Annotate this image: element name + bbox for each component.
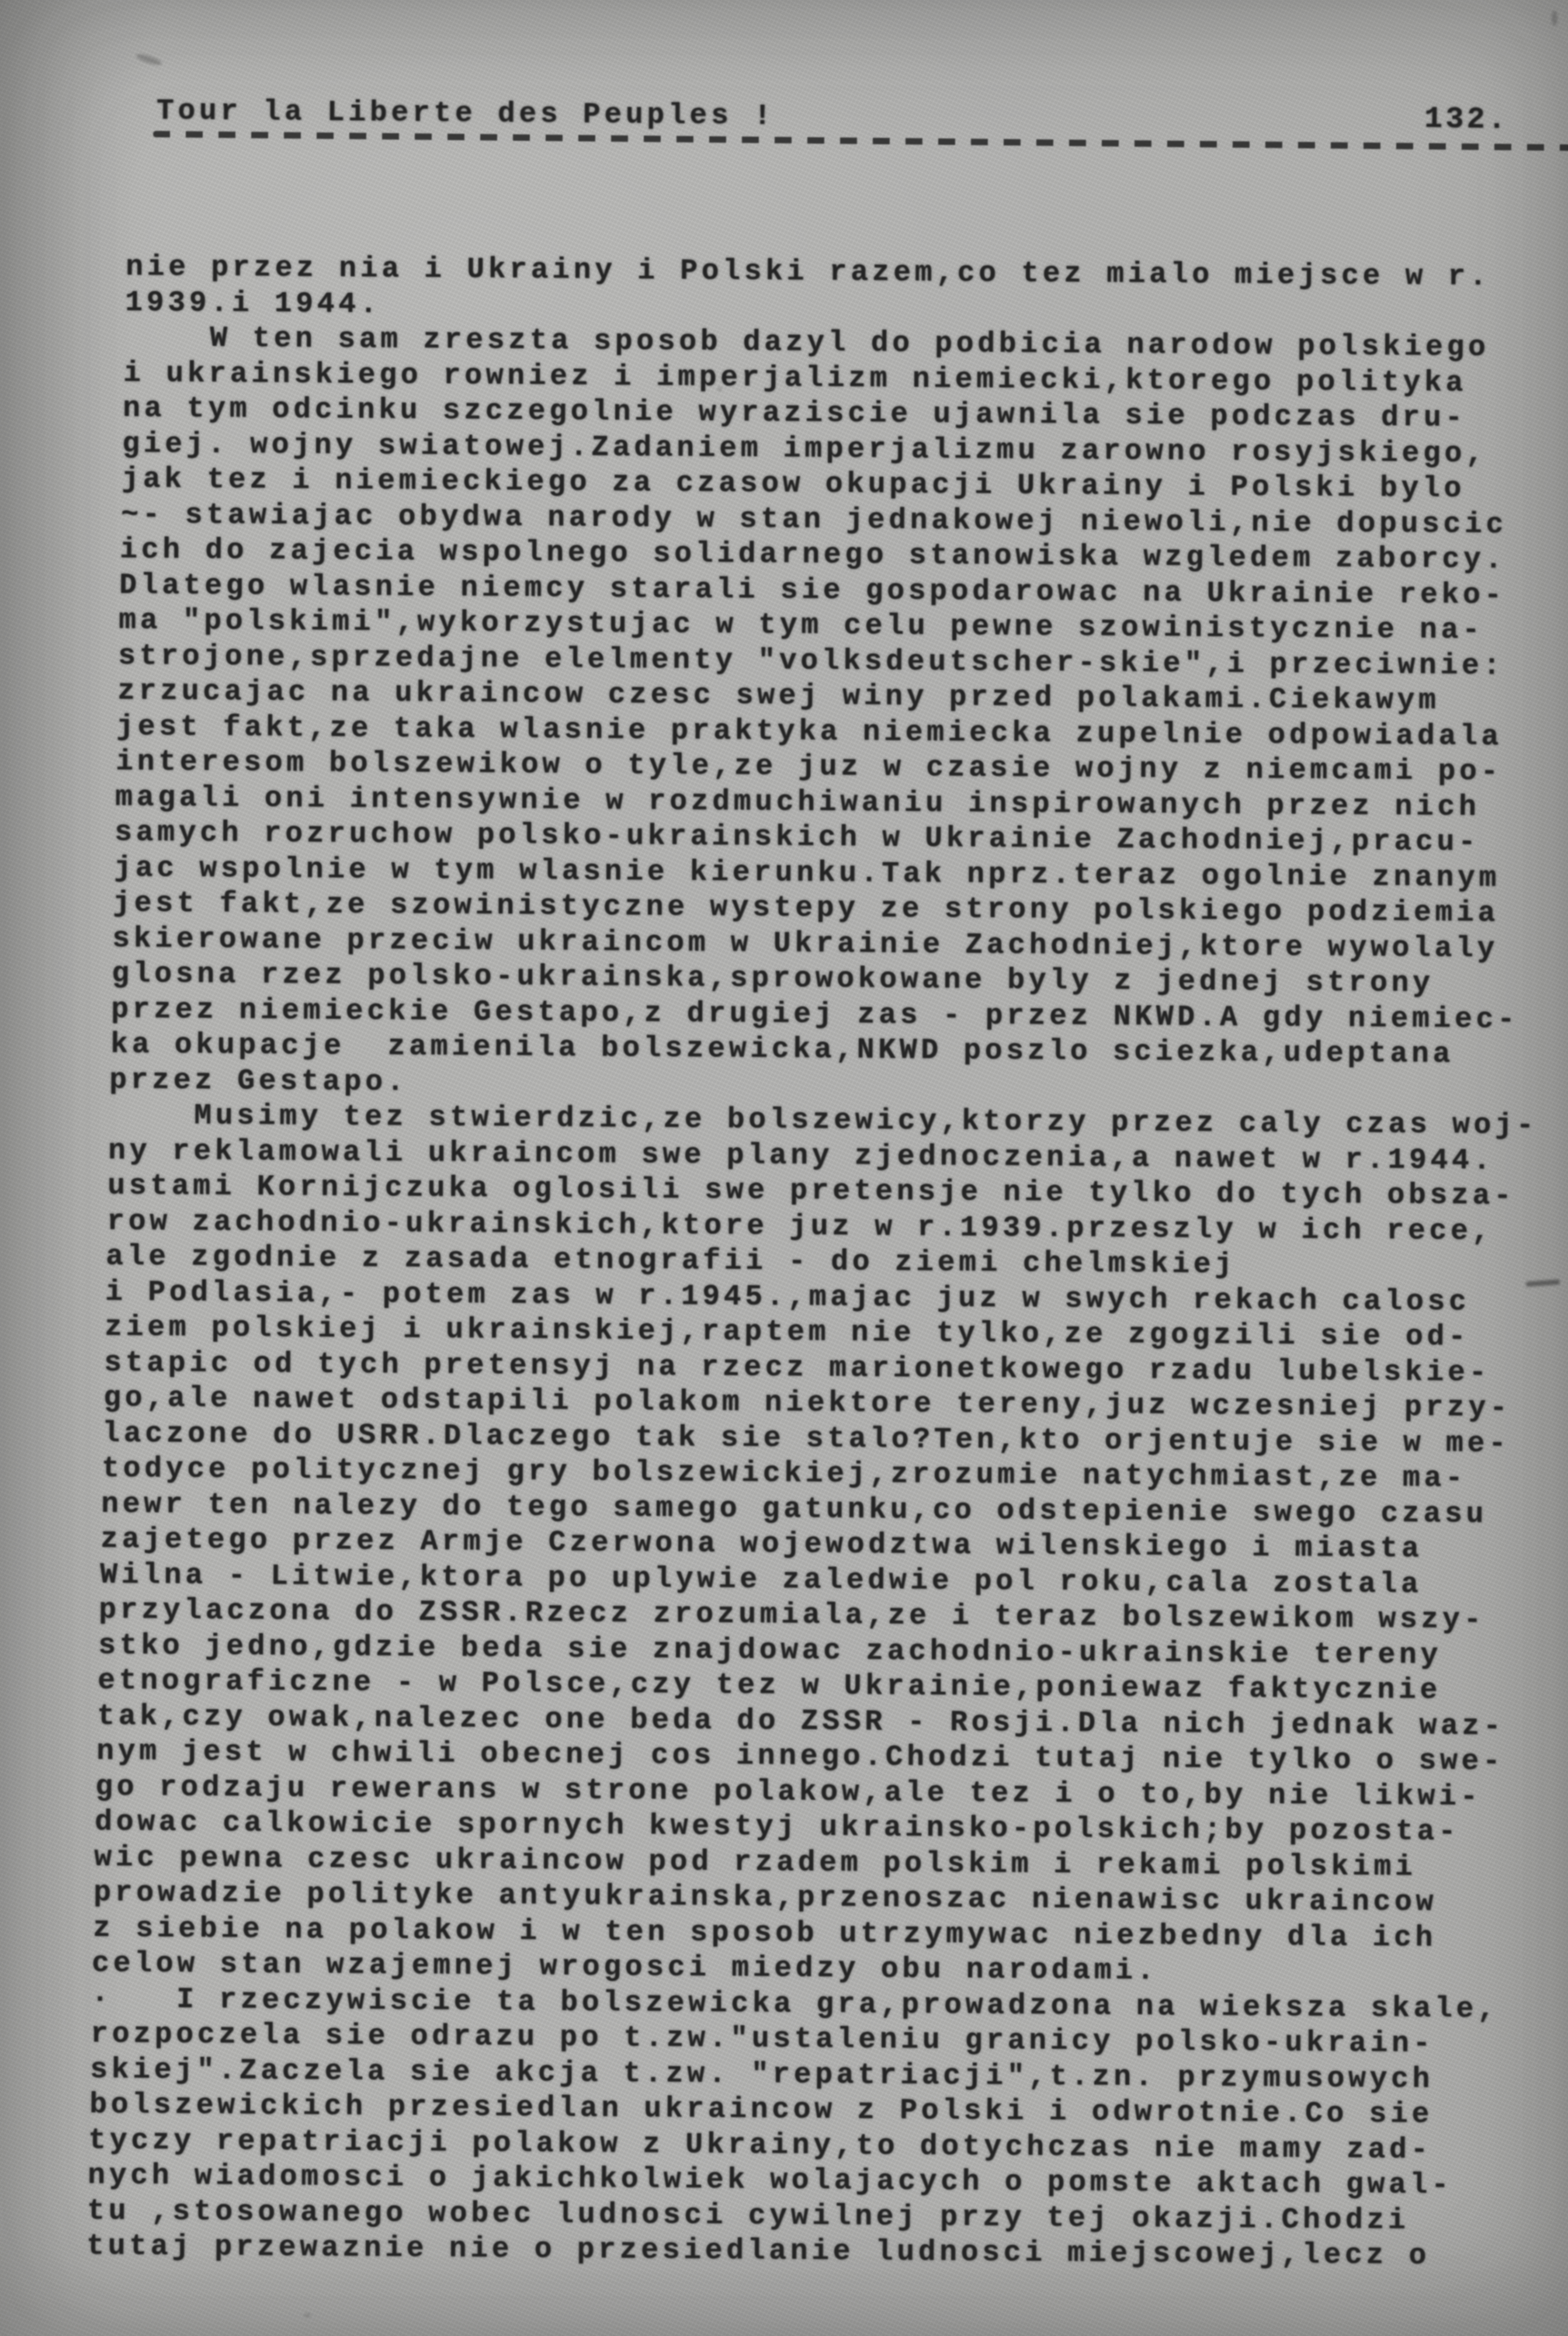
page-number: 132. <box>1424 102 1510 137</box>
scanned-document-page: Tour la Liberte des Peuples ! 132. nie p… <box>0 0 1568 2336</box>
typewritten-text-block: nie przez nia i Ukrainy i Polski razem,c… <box>85 250 1557 2265</box>
page-header-title: Tour la Liberte des Peuples ! <box>156 95 775 134</box>
paper-speck <box>1552 11 1557 26</box>
header-underline-dashes <box>153 131 1568 151</box>
paper-smudge <box>135 52 162 67</box>
paper-speck <box>304 2313 311 2317</box>
paper-speck <box>717 387 722 391</box>
